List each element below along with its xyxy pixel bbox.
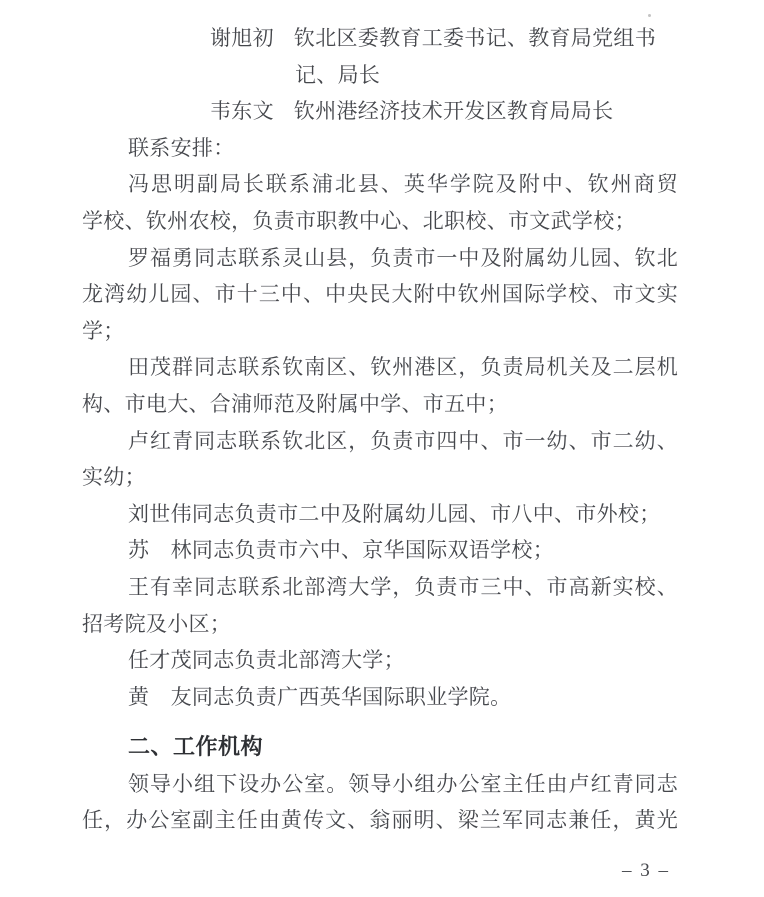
appointee-line: 韦东文钦州港经济技术开发区教育局局长 bbox=[82, 93, 678, 130]
appointee-name: 韦东文 bbox=[210, 99, 274, 123]
doc-line: 卢红青同志联系钦北区，负责市四中、市一幼、市二幼、市 bbox=[82, 423, 678, 460]
doc-line: 学； bbox=[82, 313, 678, 350]
doc-line: 黄 友同志负责广西英华国际职业学院。 bbox=[82, 679, 678, 716]
doc-line: 田茂群同志联系钦南区、钦州港区，负责局机关及二层机 bbox=[82, 349, 678, 386]
doc-line: 苏 林同志负责市六中、京华国际双语学校； bbox=[82, 532, 678, 569]
doc-line: 王有幸同志联系北部湾大学，负责市三中、市高新实校、市 bbox=[82, 569, 678, 606]
doc-line: 领导小组下设办公室。领导小组办公室主任由卢红青同志兼 bbox=[82, 766, 678, 803]
doc-line: 龙湾幼儿园、市十三中、中央民大附中钦州国际学校、市文实中 bbox=[82, 276, 678, 313]
doc-line: 学校、钦州农校，负责市职教中心、北职校、市文武学校； bbox=[82, 203, 678, 240]
doc-line: 招考院及小区； bbox=[82, 606, 678, 643]
document-body: 谢旭初钦北区委教育工委书记、教育局党组书 记、局长 韦东文钦州港经济技术开发区教… bbox=[82, 20, 678, 839]
page-number: – 3 – bbox=[622, 860, 670, 882]
appointee-role-continuation: 记、局长 bbox=[82, 57, 678, 94]
section-heading: 二、工作机构 bbox=[82, 729, 678, 766]
appointee-line: 谢旭初钦北区委教育工委书记、教育局党组书 bbox=[82, 20, 678, 57]
appointee-name: 谢旭初 bbox=[210, 26, 274, 50]
doc-line: 构、市电大、合浦师范及附属中学、市五中； bbox=[82, 386, 678, 423]
scan-speck bbox=[648, 14, 651, 17]
doc-line: 任，办公室副主任由黄传文、翁丽明、梁兰军同志兼任，黄光华 bbox=[82, 802, 678, 839]
doc-line: 冯思明副局长联系浦北县、英华学院及附中、钦州商贸 bbox=[82, 166, 678, 203]
doc-line: 刘世伟同志负责市二中及附属幼儿园、市八中、市外校； bbox=[82, 496, 678, 533]
subsection-label: 联系安排： bbox=[82, 130, 678, 167]
document-page: 谢旭初钦北区委教育工委书记、教育局党组书 记、局长 韦东文钦州港经济技术开发区教… bbox=[0, 0, 764, 897]
appointee-role: 钦北区委教育工委书记、教育局党组书 bbox=[294, 26, 656, 50]
appointee-role: 钦州港经济技术开发区教育局局长 bbox=[294, 99, 614, 123]
doc-line: 罗福勇同志联系灵山县，负责市一中及附属幼儿园、钦北区 bbox=[82, 240, 678, 277]
doc-line: 任才茂同志负责北部湾大学； bbox=[82, 642, 678, 679]
doc-line: 实幼； bbox=[82, 459, 678, 496]
